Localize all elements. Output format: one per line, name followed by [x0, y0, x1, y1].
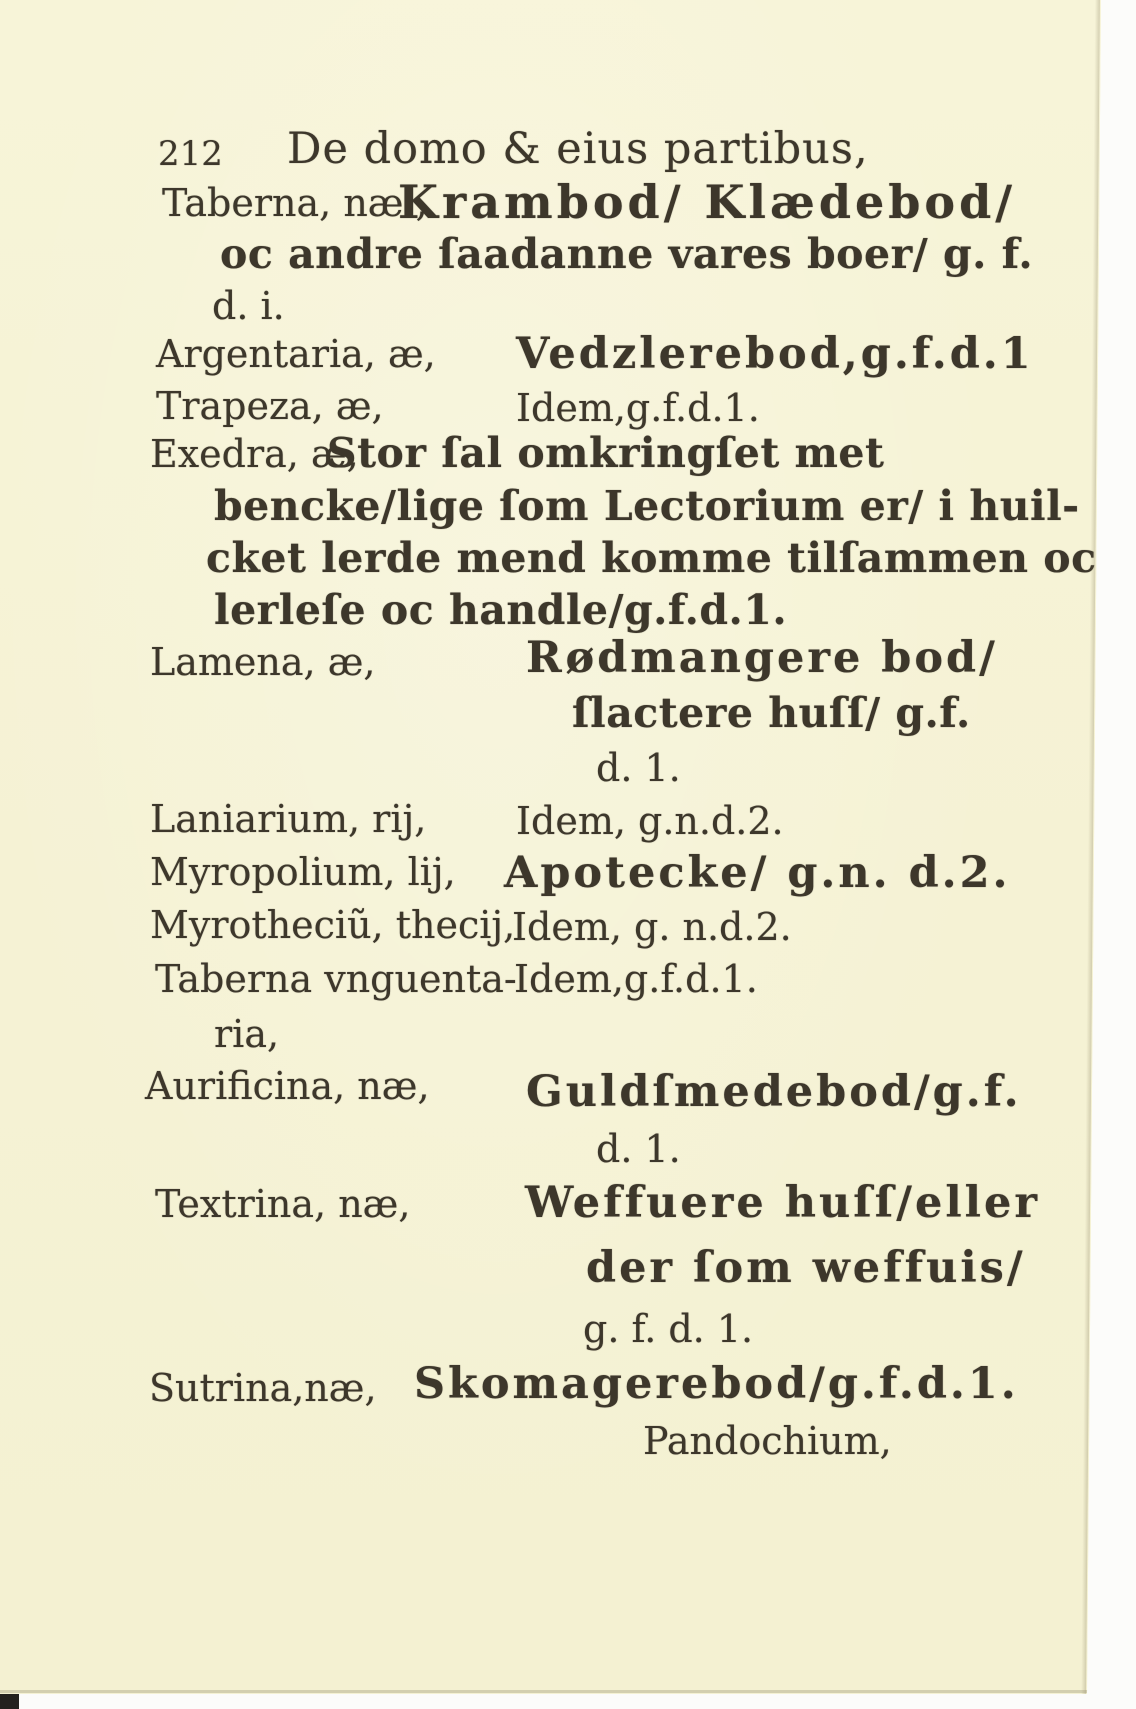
page-bottom-edge-shadow — [0, 1690, 1090, 1693]
entry-translation-line: Rødmangere bod/ — [526, 634, 998, 683]
entry-latin: Laniarium, rij, — [150, 797, 426, 843]
entry-translation-line: Stor ſal omkringſet met — [327, 430, 884, 477]
entry-latin: Aurificina, næ, — [145, 1064, 430, 1110]
entry-translation-line: d. 1. — [596, 746, 681, 792]
entry-translation-line: Krambod/ Klædebod/ — [398, 176, 1016, 229]
entry-translation-line: d. i. — [212, 284, 285, 330]
entry-translation-line: oc andre ſaadanne vares boer/ g. f. — [220, 231, 1033, 278]
entry-translation-line: g. f. d. 1. — [583, 1307, 753, 1353]
entry-latin: Argentaria, æ, — [156, 332, 436, 378]
entry-latin: Myrotheciũ, thecij, — [150, 903, 515, 949]
entry-translation-line: ſlactere huſſ/ g.f. — [572, 690, 971, 737]
catchword: Pandochium, — [643, 1419, 892, 1465]
entry-translation-line: Weffuere huſſ/eller — [525, 1179, 1040, 1228]
entry-latin: Sutrina,næ, — [149, 1366, 377, 1412]
book-page-paper: 212 De domo & eius partibus, Taberna, næ… — [0, 0, 1104, 1694]
entry-latin: Taberna, næ , — [162, 181, 428, 227]
entry-translation-line: cket lerde mend komme tilſammen oc — [206, 535, 1097, 582]
page-number: 212 — [158, 134, 223, 175]
entry-latin: Trapeza, æ, — [156, 384, 384, 430]
entry-translation-line: Idem,g.f.d.1. — [516, 386, 760, 432]
entry-translation-line: Idem, g.n.d.2. — [516, 799, 784, 845]
entry-latin: Myropolium, lij, — [150, 850, 456, 896]
entry-translation-line: Idem, g. n.d.2. — [512, 905, 792, 951]
entry-translation-line: bencke/lige ſom Lectorium er/ i huil- — [214, 483, 1080, 530]
entry-latin: Textrina, næ, — [155, 1182, 410, 1228]
entry-latin: Lamena, æ, — [150, 640, 376, 686]
scanned-book-page: 212 De domo & eius partibus, Taberna, næ… — [0, 0, 1136, 1709]
entry-latin: Taberna vnguenta- — [155, 957, 517, 1003]
running-header: De domo & eius partibus, — [287, 124, 869, 176]
entry-translation-line: Vedzlerebod,g.f.d.1 — [516, 330, 1034, 379]
entry-translation-line: Apotecke/ g.n. d.2. — [504, 849, 1011, 898]
entry-translation-line: lerleſe oc handle/g.f.d.1. — [214, 587, 787, 634]
entry-translation-line: der ſom weffuis/ — [586, 1244, 1026, 1293]
entry-translation-line: Skomagerebod/g.f.d.1. — [414, 1360, 1019, 1409]
entry-translation-line: d. 1. — [596, 1127, 681, 1173]
entry-translation-line: Idem,g.f.d.1. — [514, 957, 758, 1003]
entry-translation-line: Guldſmedebod/g.f. — [526, 1068, 1022, 1117]
page-right-edge-shadow — [1081, 0, 1100, 1694]
scan-corner-artifact — [0, 1694, 19, 1709]
entry-latin-cont: ria, — [214, 1012, 279, 1058]
